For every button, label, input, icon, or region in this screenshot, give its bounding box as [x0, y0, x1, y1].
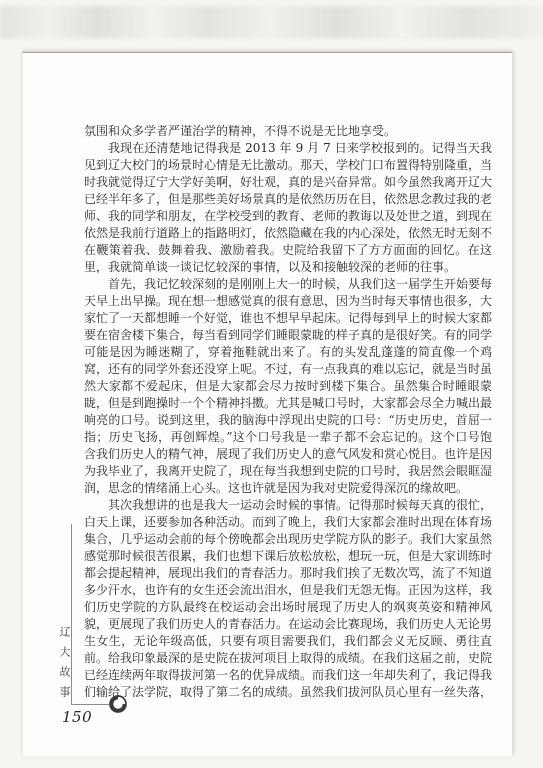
page-number: 150 [62, 708, 92, 726]
crescent-circle-icon [108, 694, 128, 714]
body-paragraph: 其次我想讲的也是我大一运动会时候的事情。记得那时候每天真的很忙，白天上课，还要参… [84, 497, 492, 701]
series-title-vertical: 辽大故事 [56, 626, 72, 706]
scan-artifact-band [0, 6, 543, 38]
page-body-text: 氛围和众多学者严谨治学的精神，不得不说是无比地享受。 我现在还清楚地记得我是 2… [84, 123, 492, 701]
book-page: 氛围和众多学者严谨治学的精神，不得不说是无比地享受。 我现在还清楚地记得我是 2… [22, 52, 513, 756]
scanned-book-page: 氛围和众多学者严谨治学的精神，不得不说是无比地享受。 我现在还清楚地记得我是 2… [0, 0, 543, 768]
body-paragraph: 氛围和众多学者严谨治学的精神，不得不说是无比地享受。 [84, 123, 492, 140]
margin-rule-horizontal [71, 704, 109, 705]
body-paragraph: 首先，我记忆较深刻的是刚刚上大一的时候，从我们这一届学生开始要每天早上出早操。现… [84, 276, 492, 497]
body-paragraph: 我现在还清楚地记得我是 2013 年 9 月 7 日来学校报到的。记得当天我见到… [84, 140, 492, 276]
